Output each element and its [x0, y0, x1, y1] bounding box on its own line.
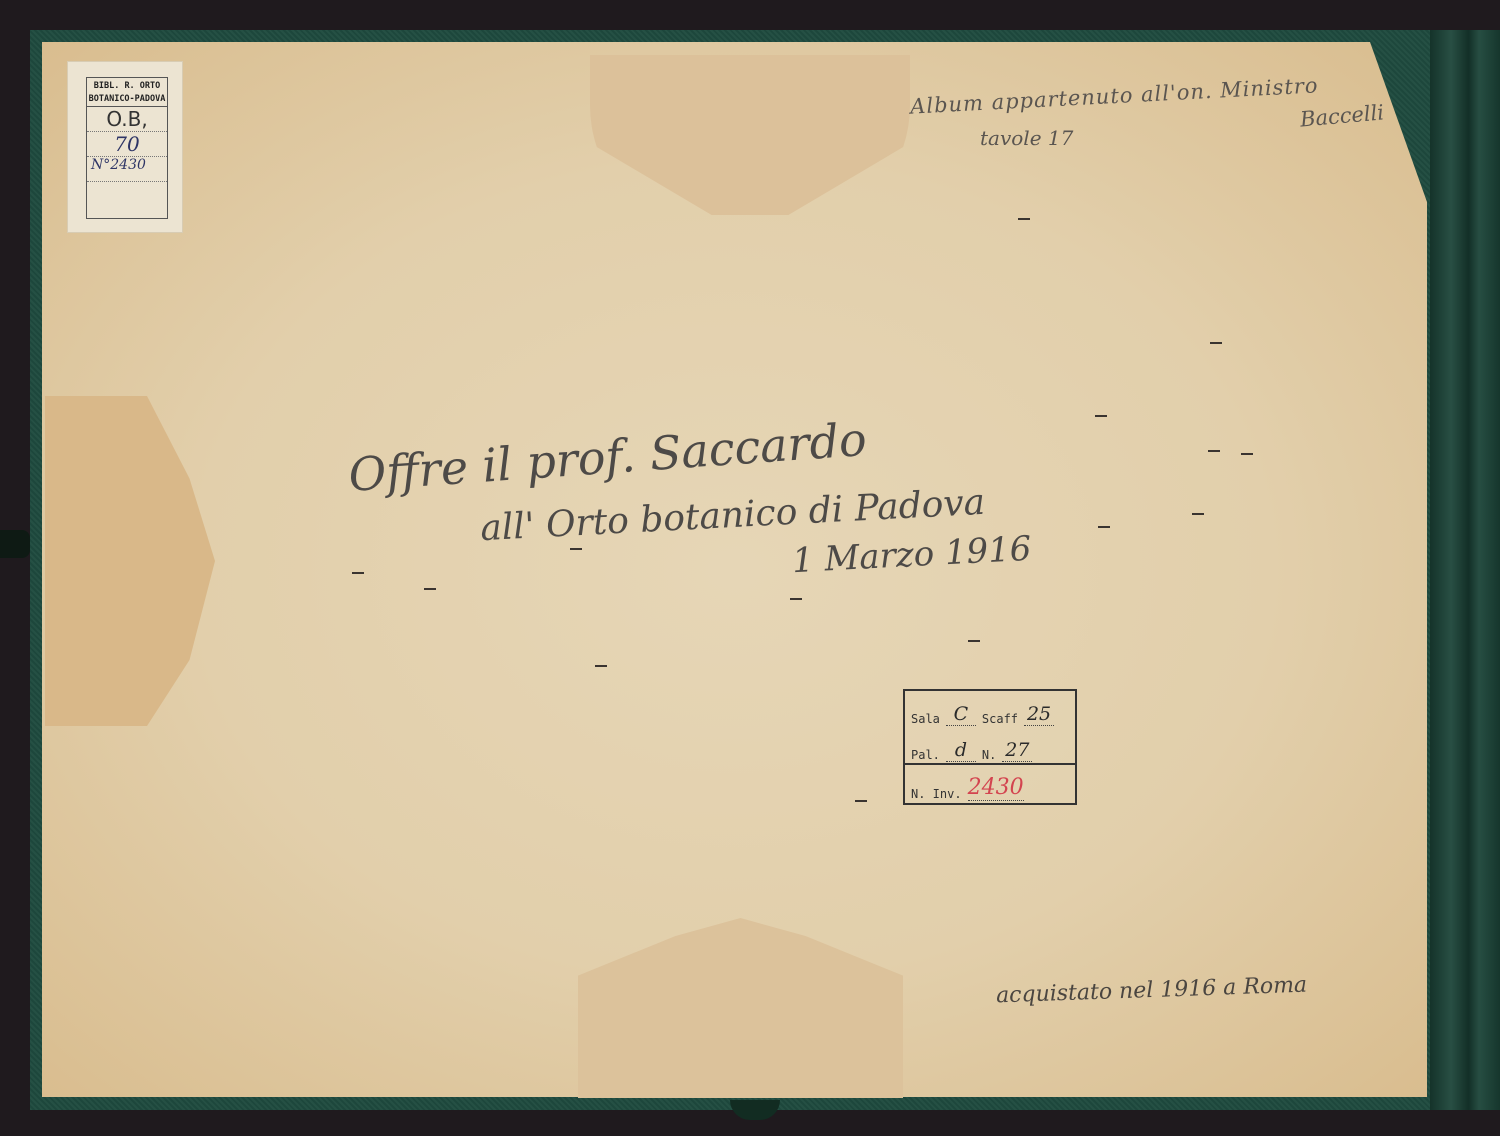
- scaff-value: 25: [1024, 703, 1054, 726]
- n-label: N.: [982, 748, 996, 762]
- pencil-tick: [855, 800, 867, 802]
- inv-value: 2430: [968, 775, 1024, 801]
- n-value: 27: [1002, 739, 1032, 762]
- pencil-tick: [1098, 526, 1110, 528]
- sala-label: Sala: [911, 712, 940, 726]
- pencil-tick: [1095, 415, 1107, 417]
- pencil-tick: [790, 598, 802, 600]
- label-inventory: N°2430: [87, 157, 167, 182]
- pencil-tick: [968, 640, 980, 642]
- stamp-row-inventory: N. Inv. 2430: [905, 763, 1075, 802]
- label-header-line2: BOTANICO-PADOVA: [87, 93, 167, 106]
- stamp-row-sala: Sala C Scaff 25: [905, 691, 1075, 727]
- pencil-tick: [1018, 218, 1030, 220]
- pencil-tick: [1192, 513, 1204, 515]
- album-spine: [1430, 30, 1500, 1110]
- label-header-line1: BIBL. R. ORTO: [87, 80, 167, 93]
- inv-label: N. Inv.: [911, 787, 962, 801]
- label-collection: O.B,: [87, 107, 167, 132]
- pal-value: d: [946, 739, 976, 762]
- pencil-tick: [1208, 450, 1220, 452]
- sala-value: C: [946, 703, 976, 726]
- ribbon-tie-left: [0, 530, 30, 558]
- pencil-tick: [570, 548, 582, 550]
- label-header: BIBL. R. ORTO BOTANICO-PADOVA: [87, 78, 167, 107]
- library-label: BIBL. R. ORTO BOTANICO-PADOVA O.B, 70 N°…: [68, 62, 182, 232]
- scaff-label: Scaff: [982, 712, 1018, 726]
- stamp-row-pal: Pal. d N. 27: [905, 727, 1075, 763]
- label-number: 70: [87, 132, 167, 157]
- pencil-tick: [352, 572, 364, 574]
- pencil-tick: [1241, 453, 1253, 455]
- pal-label: Pal.: [911, 748, 940, 762]
- pencil-tick: [595, 665, 607, 667]
- ribbon-tie-bottom: [730, 1100, 780, 1120]
- pencil-tick: [1210, 342, 1222, 344]
- pencil-tick: [424, 588, 436, 590]
- annotation-plates-count: tavole 17: [980, 126, 1073, 150]
- shelf-stamp: Sala C Scaff 25 Pal. d N. 27 N. Inv. 243…: [903, 689, 1077, 805]
